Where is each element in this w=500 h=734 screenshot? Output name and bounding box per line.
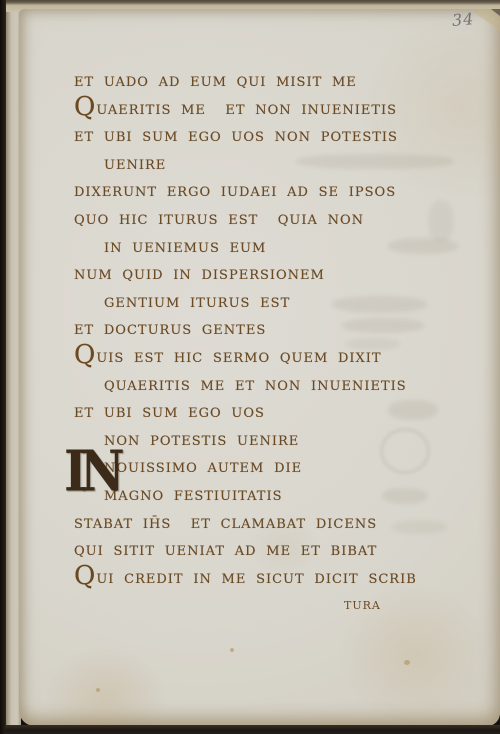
line-initial: Q (74, 340, 96, 370)
manuscript-photo: 34 et uado ad eum qui misit me Quaeritis… (0, 0, 500, 734)
bleedthrough-mark (342, 318, 424, 333)
bleedthrough-mark (388, 238, 458, 254)
line-text: dixerunt ergo iudaei ad se ipsos (74, 180, 396, 201)
line-text: uis est hic sermo quem dixit (96, 346, 381, 367)
text-line: et ubi sum ego uos non potestis (74, 125, 474, 153)
folio-number: 34 (451, 9, 475, 30)
bleedthrough-ring (380, 428, 430, 474)
text-block: et uado ad eum qui misit me Quaeritis me… (74, 70, 474, 594)
line-text: quaeritis me et non inuenietis (104, 374, 407, 395)
parchment-speck (230, 648, 234, 652)
parchment-speck (404, 660, 410, 665)
bleedthrough-mark (428, 200, 454, 242)
text-line: quaeritis me et non inuenietis (74, 374, 474, 402)
line-text: et docturus gentes (74, 318, 266, 339)
line-text: qui sitit ueniat ad me et bibat (74, 539, 377, 560)
text-line: quo hic iturus est quia non (74, 208, 474, 236)
text-line: num quid in dispersionem (74, 263, 474, 291)
bleedthrough-mark (382, 488, 428, 504)
bleedthrough-mark (296, 154, 454, 169)
line-text: num quid in dispersionem (74, 263, 325, 284)
text-line: Qui credit in me sicut dicit scrib (74, 567, 474, 595)
text-line: dixerunt ergo iudaei ad se ipsos (74, 180, 474, 208)
line-text: ui credit in me sicut dicit scrib (96, 567, 416, 588)
bleedthrough-mark (392, 520, 447, 534)
parchment-speck (96, 688, 100, 692)
line-text: uaeritis me et non inuenietis (96, 98, 397, 119)
catchword: tura (344, 595, 381, 613)
decorated-initial-IN: IN (64, 444, 118, 500)
line-text: quo hic iturus est quia non (74, 208, 364, 229)
bleedthrough-mark (388, 400, 438, 420)
bleedthrough-mark (345, 338, 400, 350)
line-text: et uado ad eum qui misit me (74, 70, 357, 91)
line-text: et ubi sum ego uos (74, 401, 265, 422)
line-text: in ueniemus eum (104, 236, 266, 257)
line-initial: Q (74, 561, 96, 591)
line-text: non potestis uenire (104, 429, 299, 450)
text-line: Quaeritis me et non inuenietis (74, 98, 474, 126)
line-text: magno festiuitatis (104, 484, 283, 505)
page-bottom-shadow (5, 725, 500, 734)
line-text: gentium iturus est (104, 291, 290, 312)
line-text: et ubi sum ego uos non potestis (74, 125, 398, 146)
line-text: nouissimo autem die (104, 456, 302, 477)
page-corner-notch (491, 9, 500, 16)
text-line: et uado ad eum qui misit me (74, 70, 474, 98)
line-text: uenire (104, 153, 166, 174)
bleedthrough-mark (332, 296, 427, 313)
text-line: qui sitit ueniat ad me et bibat (74, 539, 474, 567)
line-text: stabat ih̄s et clamabat dicens (74, 512, 377, 533)
line-initial: Q (74, 92, 96, 122)
text-line: Quis est hic sermo quem dixit (74, 346, 474, 374)
